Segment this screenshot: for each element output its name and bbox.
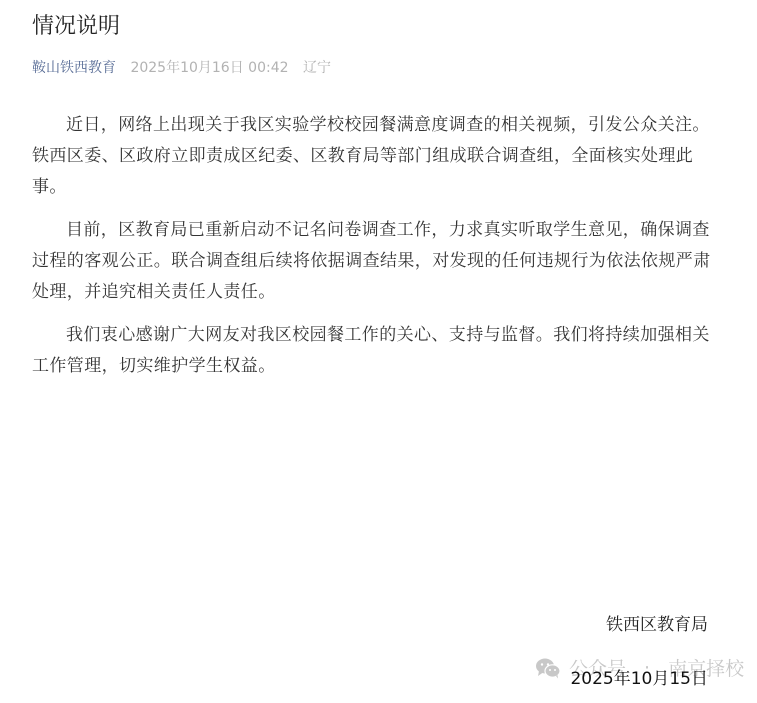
account-name-link[interactable]: 鞍山铁西教育 [32, 60, 116, 76]
wechat-icon [535, 657, 561, 679]
article-title: 情况说明 [32, 12, 120, 42]
article-meta: 鞍山铁西教育 2025年10月16日 00:42 辽宁 [32, 58, 331, 78]
paragraph-3: 我们衷心感谢广大网友对我区校园餐工作的关心、支持与监督。我们将持续加强相关工作管… [32, 320, 717, 382]
paragraph-1: 近日，网络上出现关于我区实验学校校园餐满意度调查的相关视频，引发公众关注。铁西区… [32, 110, 717, 203]
article-body: 近日，网络上出现关于我区实验学校校园餐满意度调查的相关视频，引发公众关注。铁西区… [32, 110, 717, 394]
publish-region: 辽宁 [303, 60, 331, 76]
paragraph-2: 目前，区教育局已重新启动不记名问卷调查工作，力求真实听取学生意见，确保调查过程的… [32, 215, 717, 308]
signature-organization: 铁西区教育局 [606, 612, 708, 638]
signature-date: 2025年10月15日 [570, 666, 708, 692]
publish-datetime: 2025年10月16日 00:42 [130, 60, 288, 76]
